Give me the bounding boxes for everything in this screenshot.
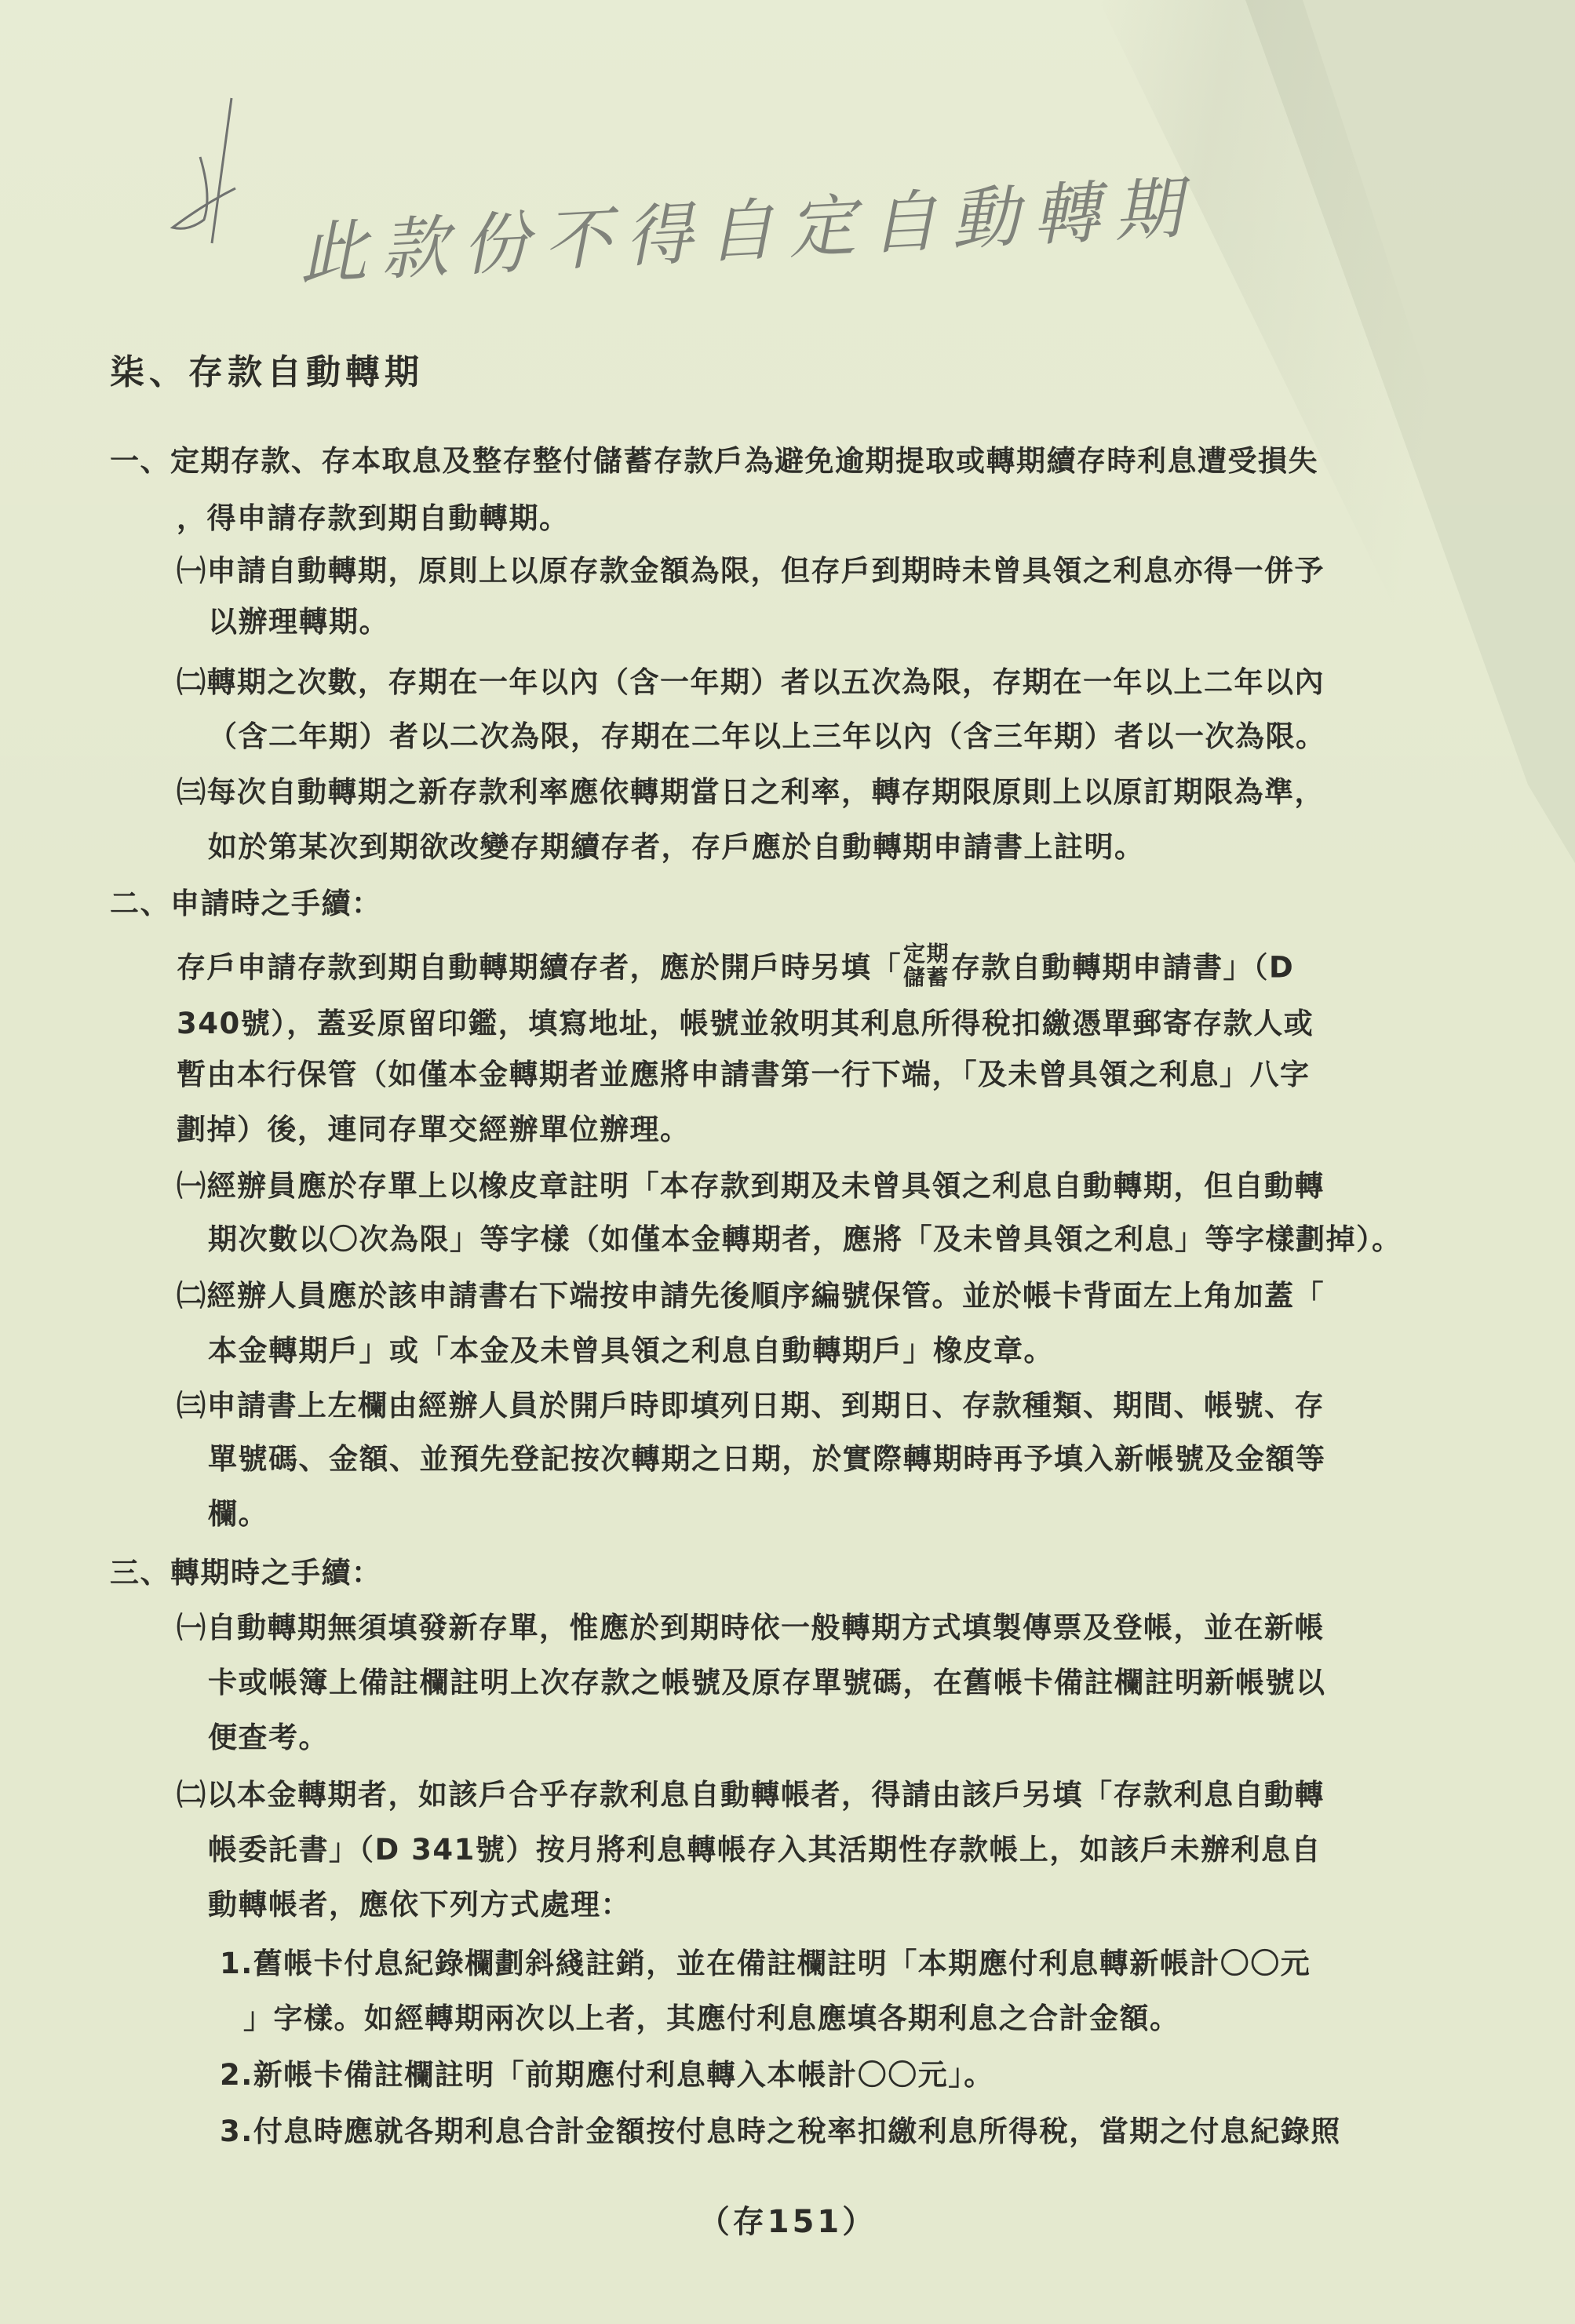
clause-2-para-1-a: 存戶申請存款到期自動轉期續存者，應於開戶時另填「 [177, 951, 902, 985]
clause-2-para-1: 存戶申請存款到期自動轉期續存者，應於開戶時另填「定期儲蓄存款自動轉期申請書」（D [177, 945, 1294, 993]
clause-2-para-3: 暫由本行保管（如僅本金轉期者並應將申請書第一行下端，「及未曾具領之利息」八字 [177, 1055, 1311, 1095]
clause-1: 一、定期存款、存本取息及整存整付儲蓄存款戶為避免逾期提取或轉期續存時利息遭受損失 [110, 442, 1318, 481]
page-number: （存151） [0, 2197, 1575, 2242]
stacked-top: 定期 [903, 942, 950, 966]
clause-2-heading: 二、申請時之手續： [110, 884, 382, 923]
clause-1-item-3: ㈢每次自動轉期之新存款利率應依轉期當日之利率，轉存期限原則上以原訂期限為準， [177, 773, 1325, 812]
clause-1-cont: ，得申請存款到期自動轉期。 [177, 499, 570, 538]
clause-3-subitem-1-cont: 」字樣。如經轉期兩次以上者，其應付利息應填各期利息之合計金額。 [243, 1999, 1180, 2038]
clause-3-item-1-end: 便查考。 [208, 1718, 329, 1758]
clause-2-item-2-cont: 本金轉期戶」或「本金及未曾具領之利息自動轉期戶」橡皮章。 [208, 1331, 1054, 1371]
clause-2-para-2: 340號），蓋妥原留印鑑，填寫地址，帳號並敘明其利息所得稅扣繳憑單郵寄存款人或 [177, 1004, 1314, 1044]
section-title: 柒、存款自動轉期 [110, 353, 424, 392]
clause-2-para-4: 劃掉）後，連同存單交經辦單位辦理。 [177, 1110, 691, 1149]
clause-2-item-2: ㈡經辦人員應於該申請書右下端按申請先後順序編號保管。並於帳卡背面左上角加蓋「 [177, 1277, 1325, 1316]
clause-2-item-1: ㈠經辦員應於存單上以橡皮章註明「本存款到期及未曾具領之利息自動轉期，但自動轉 [177, 1167, 1325, 1206]
clause-3-subitem-2: 2.新帳卡備註欄註明「前期應付利息轉入本帳計〇〇元」。 [220, 2056, 994, 2095]
clause-3-item-1: ㈠自動轉期無須填發新存單，惟應於到期時依一般轉期方式填製傳票及登帳，並在新帳 [177, 1608, 1325, 1648]
stacked-bottom: 儲蓄 [903, 966, 950, 989]
clause-1-item-1: ㈠申請自動轉期，原則上以原存款金額為限，但存戶到期時未曾具領之利息亦得一併予 [177, 552, 1325, 591]
clause-3-item-2-cont: 帳委託書」（D 341號）按月將利息轉帳存入其活期性存款帳上，如該戶未辦利息自 [208, 1830, 1322, 1870]
clause-3-heading: 三、轉期時之手續： [110, 1554, 382, 1593]
clause-3-item-2-end: 動轉帳者，應依下列方式處理： [208, 1885, 631, 1925]
clause-3-item-1-cont: 卡或帳簿上備註欄註明上次存款之帳號及原存單號碼，在舊帳卡備註欄註明新帳號以 [208, 1663, 1326, 1703]
clause-3-subitem-1: 1.舊帳卡付息紀錄欄劃斜綫註銷，並在備註欄註明「本期應付利息轉新帳計〇〇元 [220, 1944, 1311, 1983]
clause-1-item-3-cont: 如於第某次到期欲改變存期續存者，存戶應於自動轉期申請書上註明。 [208, 828, 1145, 867]
clause-3-subitem-3: 3.付息時應就各期利息合計金額按付息時之稅率扣繳利息所得稅，當期之付息紀錄照 [220, 2112, 1341, 2151]
clause-2-item-3: ㈢申請書上左欄由經辦人員於開戶時即填列日期、到期日、存款種類、期間、帳號、存 [177, 1386, 1325, 1426]
clause-2-para-1-b: 存款自動轉期申請書」（D [951, 951, 1294, 985]
clause-1-item-1-cont: 以辦理轉期。 [208, 603, 389, 642]
clause-1-item-2: ㈡轉期之次數，存期在一年以內（含一年期）者以五次為限，存期在一年以上二年以內 [177, 663, 1325, 702]
clause-2-item-1-cont: 期次數以〇次為限」等字樣（如僅本金轉期者，應將「及未曾具領之利息」等字樣劃掉）。 [208, 1220, 1402, 1259]
clause-2-item-3-cont: 單號碼、金額、並預先登記按次轉期之日期，於實際轉期時再予填入新帳號及金額等 [208, 1440, 1326, 1479]
stacked-annotation: 定期儲蓄 [903, 942, 950, 989]
clause-2-item-3-end: 欄。 [208, 1495, 268, 1534]
clause-1-item-2-cont: （含二年期）者以二次為限，存期在二年以上三年以內（含三年期）者以一次為限。 [208, 717, 1326, 756]
clause-3-item-2: ㈡以本金轉期者，如該戶合乎存款利息自動轉帳者，得請由該戶另填「存款利息自動轉 [177, 1776, 1325, 1815]
handwritten-mark-icon [157, 94, 267, 251]
